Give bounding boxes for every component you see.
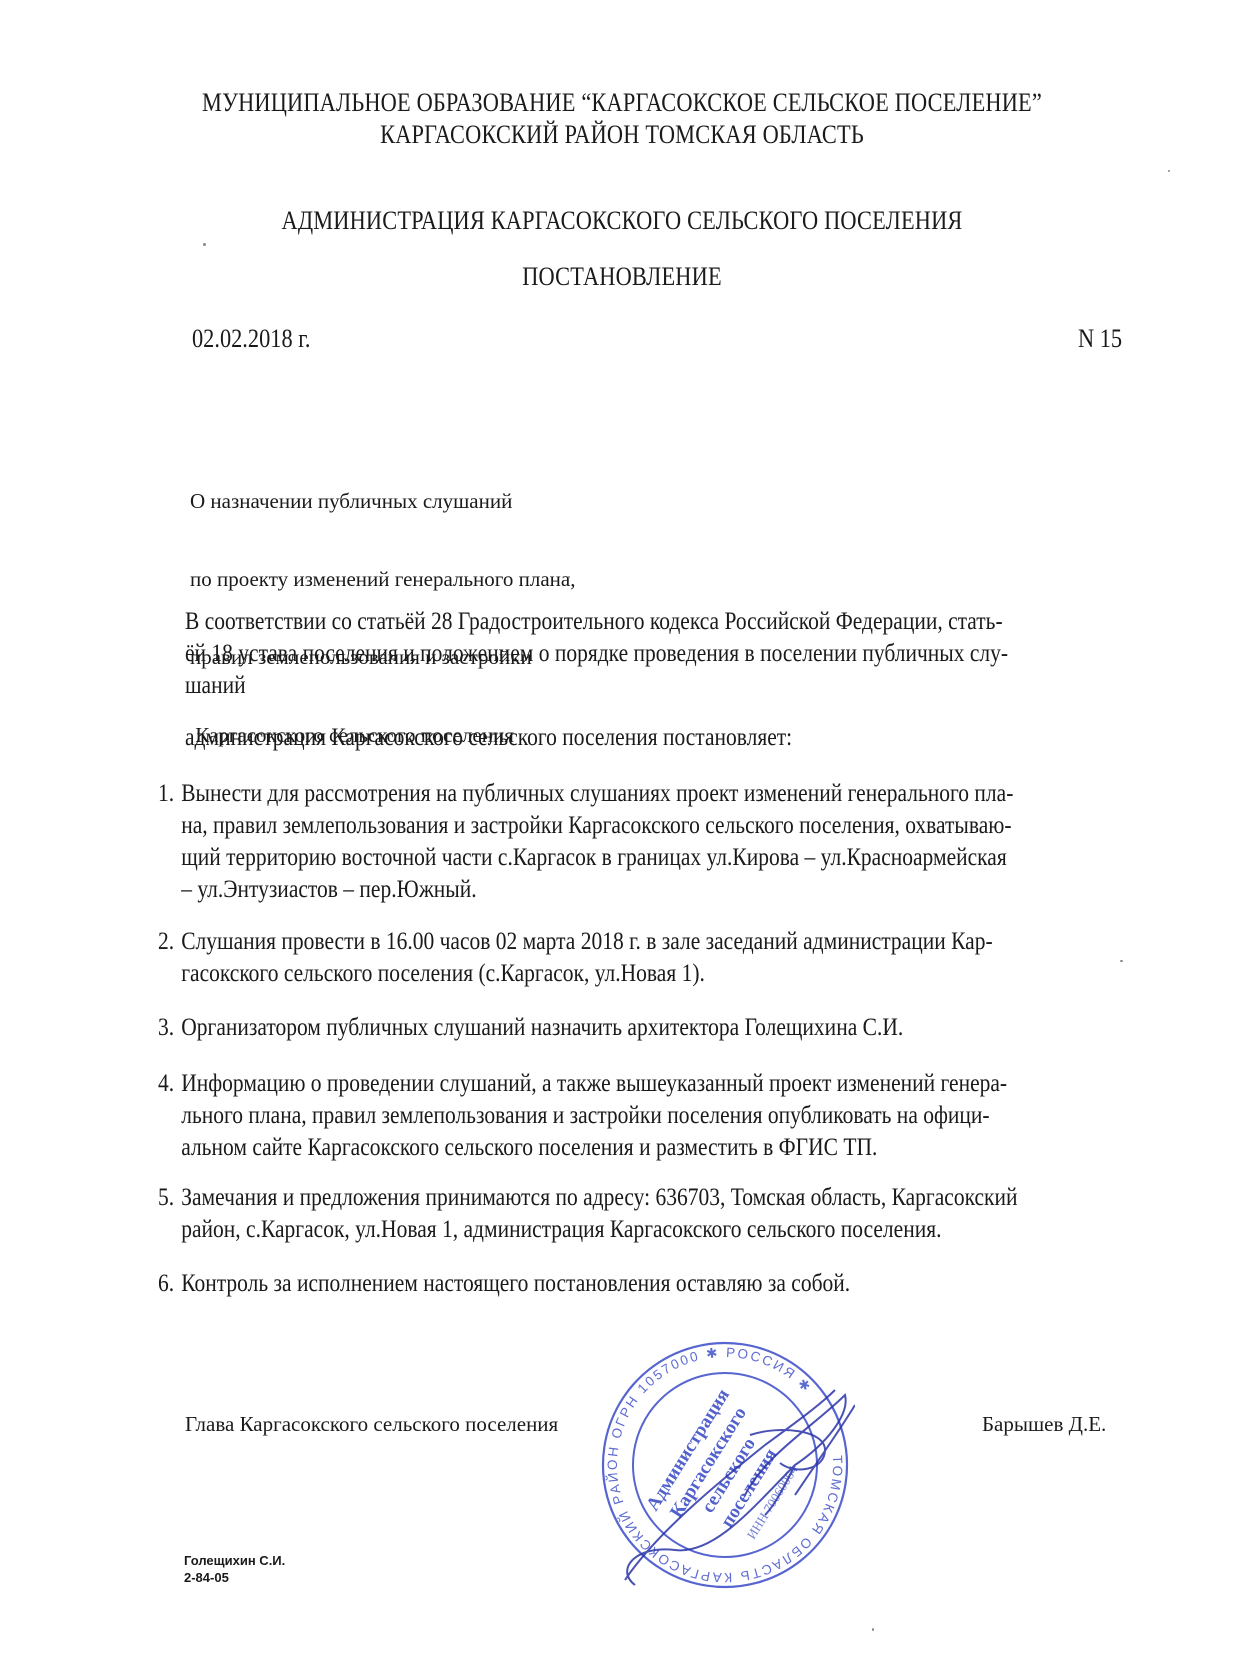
scan-speck	[203, 243, 206, 246]
preamble-line: В соответствии со статьёй 28 Градостроит…	[185, 606, 1008, 638]
resolution-item-6: 6.Контроль за исполнением настоящего пос…	[158, 1268, 850, 1300]
item-text: гасокского сельского поселения (с.Каргас…	[158, 958, 993, 990]
signatory-name: Барышев Д.Е.	[982, 1412, 1106, 1437]
resolution-item-4: 4.Информацию о проведении слушаний, а та…	[158, 1068, 1007, 1164]
resolution-item-2: 2.Слушания провести в 16.00 часов 02 мар…	[158, 926, 993, 990]
document-number: N 15	[1078, 324, 1122, 354]
executor-name: Голещихин С.И.	[184, 1552, 285, 1569]
executor-phone: 2-84-05	[184, 1569, 229, 1586]
document-date: 02.02.2018 г.	[192, 324, 310, 354]
scan-speck	[568, 576, 570, 578]
preamble-line: шаний	[185, 670, 1008, 702]
item-number: 2.	[158, 926, 181, 958]
preamble: В соответствии со статьёй 28 Градостроит…	[185, 606, 1008, 702]
item-number: 3.	[158, 1012, 181, 1044]
item-text: район, с.Каргасок, ул.Новая 1, администр…	[158, 1214, 1018, 1246]
item-number: 4.	[158, 1068, 181, 1100]
item-text: Замечания и предложения принимаются по а…	[181, 1184, 1017, 1211]
item-text: на, правил землепользования и застройки …	[158, 810, 1013, 842]
document-type: ПОСТАНОВЛЕНИЕ	[87, 262, 1157, 292]
item-text: Слушания провести в 16.00 часов 02 марта…	[181, 928, 992, 955]
municipality-title: МУНИЦИПАЛЬНОЕ ОБРАЗОВАНИЕ “КАРГАСОКСКОЕ …	[87, 88, 1157, 118]
resolves-line: администрация Каргасокского сельского по…	[185, 724, 792, 752]
region-title: КАРГАСОКСКИЙ РАЙОН ТОМСКАЯ ОБЛАСТЬ	[87, 120, 1157, 150]
item-text: Информацию о проведении слушаний, а такж…	[181, 1070, 1007, 1097]
item-text: Контроль за исполнением настоящего поста…	[181, 1270, 850, 1297]
signatory-position: Глава Каргасокского сельского поселения	[185, 1412, 558, 1437]
subject-line: О назначении публичных слушаний	[190, 488, 575, 514]
official-stamp: ТОМСКАЯ ОБЛАСТЬ КАРГАСОКСКИЙ РАЙОН ОГРН …	[595, 1335, 855, 1595]
preamble-line: ёй 18 устава поселения и положением о по…	[185, 638, 1008, 670]
item-text: Вынести для рассмотрения на публичных сл…	[181, 780, 1013, 807]
item-number: 5.	[158, 1182, 181, 1214]
item-text: – ул.Энтузиастов – пер.Южный.	[158, 874, 1013, 906]
item-text: Организатором публичных слушаний назначи…	[181, 1014, 903, 1041]
scan-speck	[1120, 960, 1123, 962]
item-text: щий территорию восточной части с.Каргасо…	[158, 842, 1013, 874]
item-text: льного плана, правил землепользования и …	[158, 1100, 1007, 1132]
resolution-item-1: 1.Вынести для рассмотрения на публичных …	[158, 778, 1013, 906]
item-text: альном сайте Каргасокского сельского пос…	[158, 1132, 1007, 1164]
administration-title: АДМИНИСТРАЦИЯ КАРГАСОКСКОГО СЕЛЬСКОГО ПО…	[87, 206, 1157, 236]
scan-speck	[872, 1628, 874, 1631]
scan-speck	[1168, 170, 1170, 172]
item-number: 6.	[158, 1268, 181, 1300]
item-number: 1.	[158, 778, 181, 810]
resolution-item-5: 5.Замечания и предложения принимаются по…	[158, 1182, 1018, 1246]
subject-line: по проекту изменений генерального плана,	[190, 566, 575, 592]
resolution-item-3: 3.Организатором публичных слушаний назна…	[158, 1012, 903, 1044]
stamp-seal-icon: ТОМСКАЯ ОБЛАСТЬ КАРГАСОКСКИЙ РАЙОН ОГРН …	[595, 1335, 855, 1595]
